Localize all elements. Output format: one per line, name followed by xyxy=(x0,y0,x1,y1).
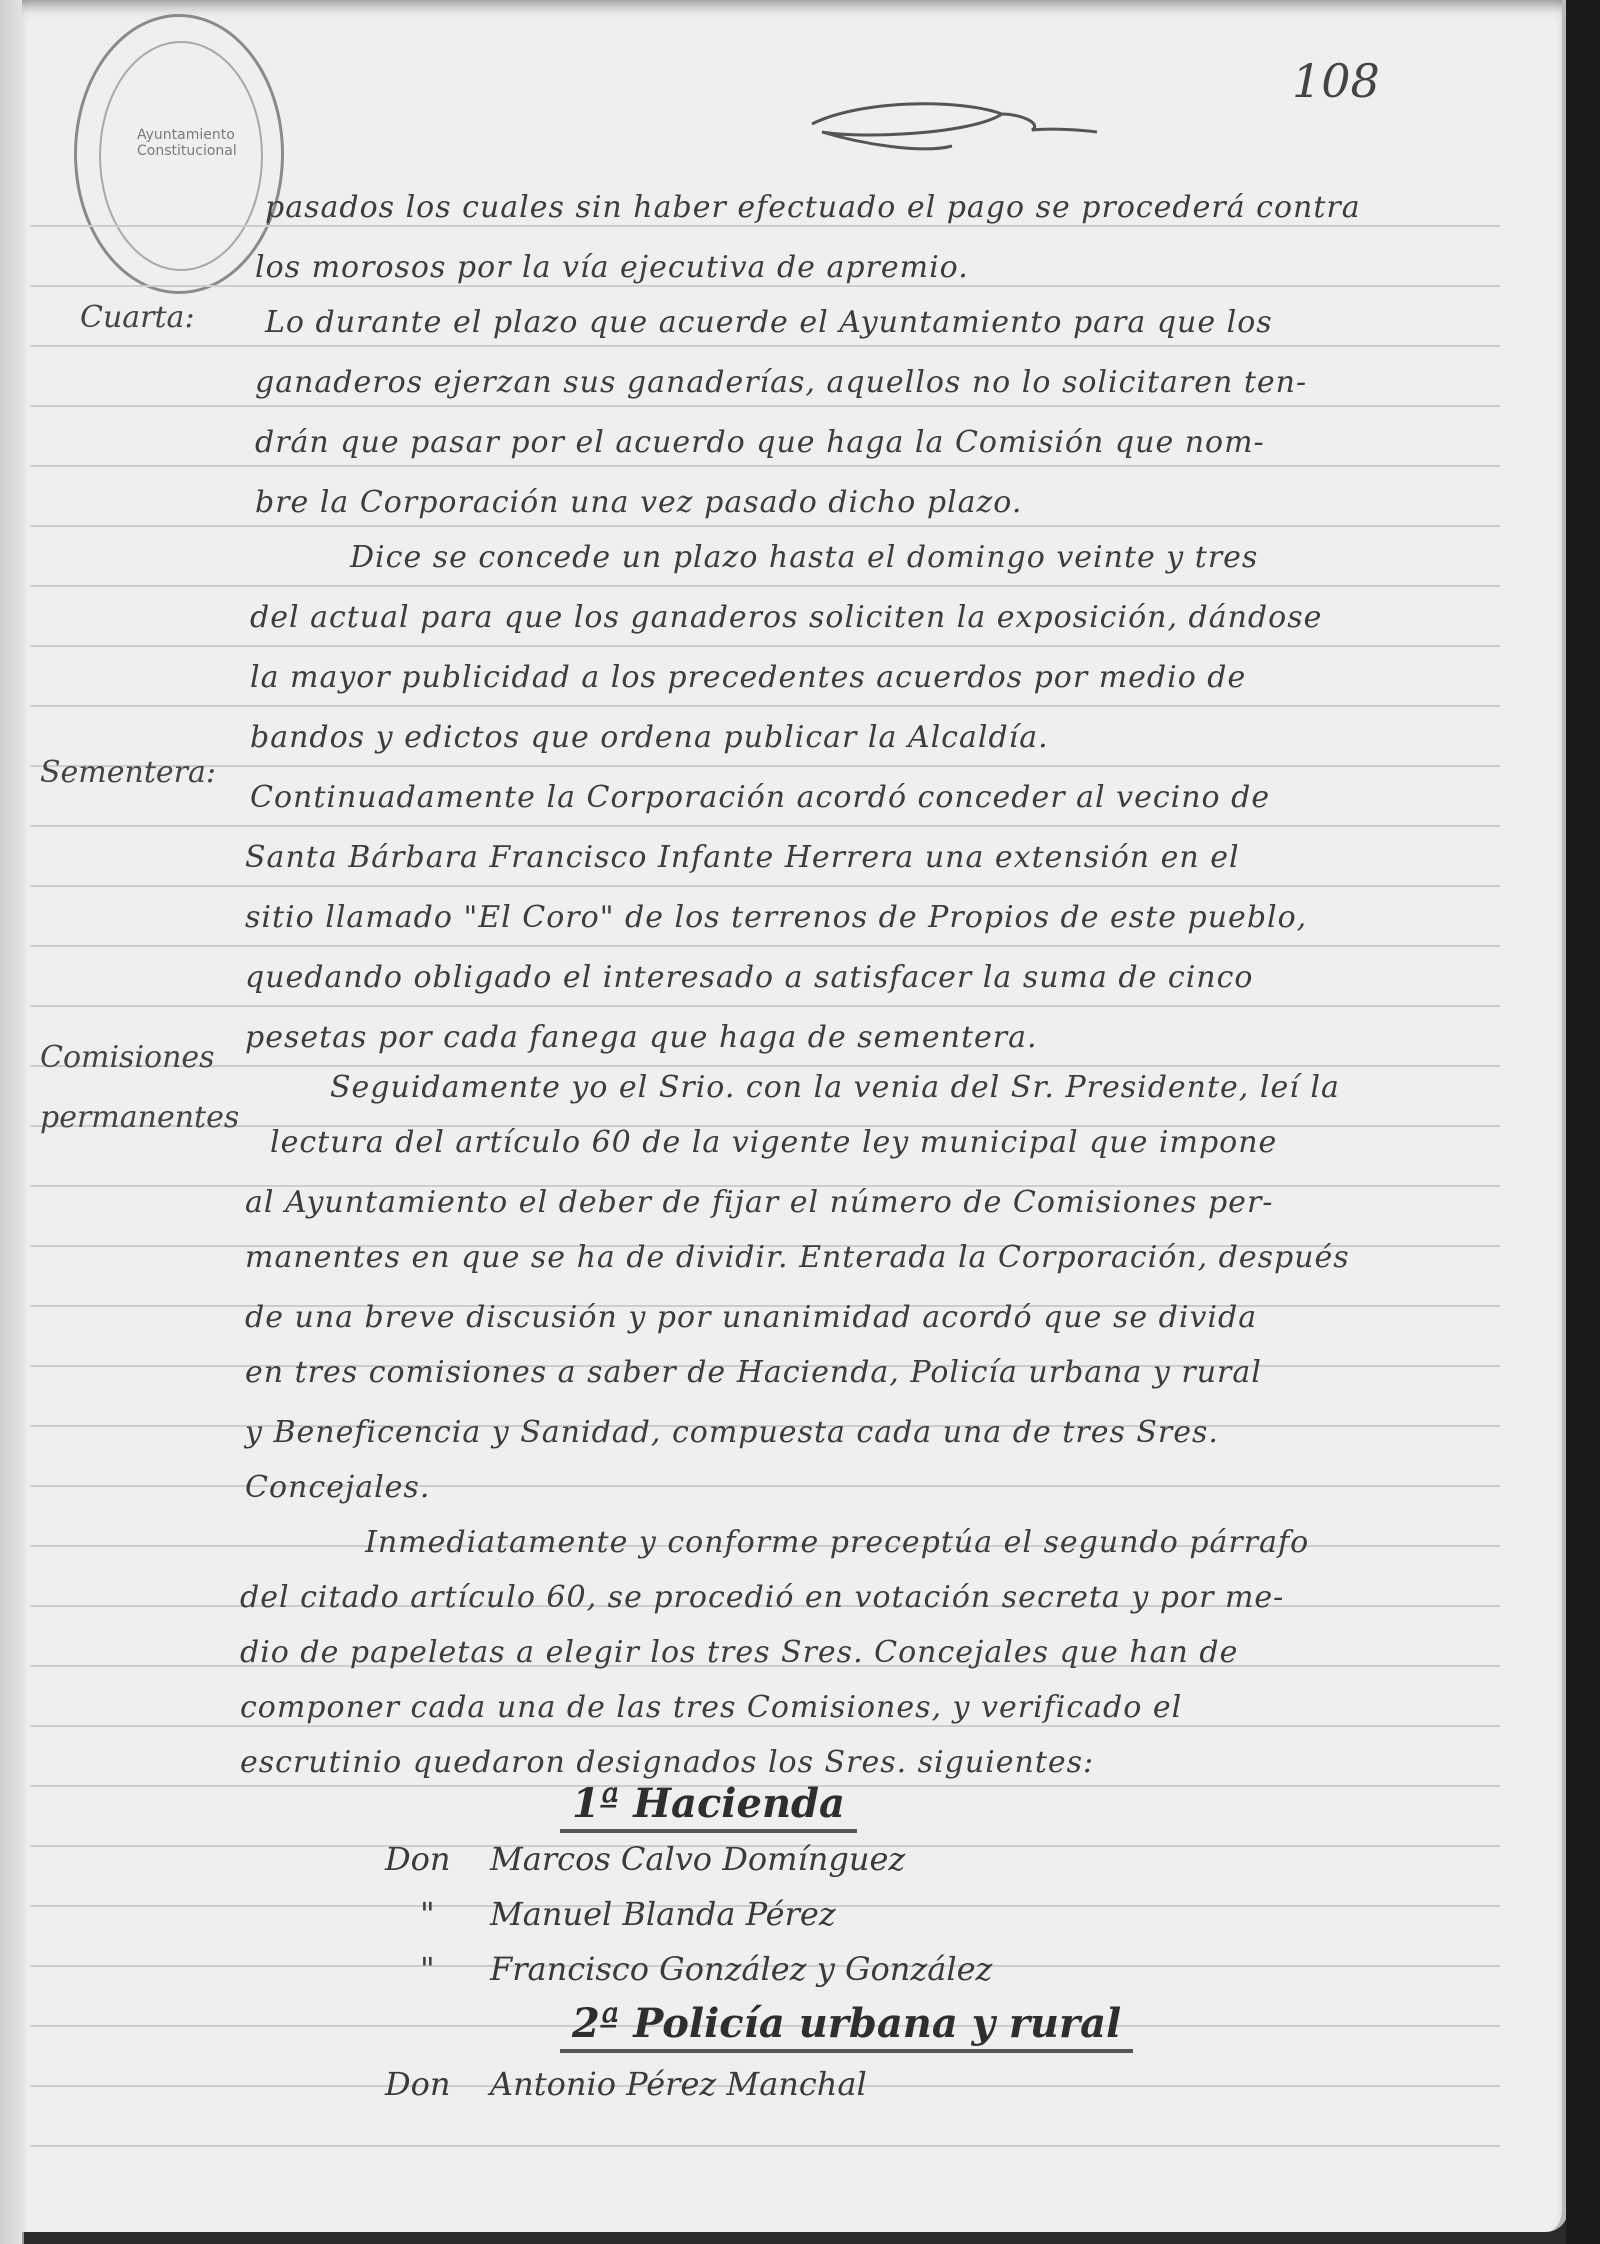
scan-background-edge xyxy=(1566,0,1600,2244)
text-line: Dice se concede un plazo hasta el doming… xyxy=(350,540,1258,575)
text-line: del citado artículo 60, se procedió en v… xyxy=(240,1580,1284,1615)
text-line: Seguidamente yo el Srio. con la venia de… xyxy=(330,1070,1340,1105)
member-name: Francisco González y González xyxy=(490,1950,992,1988)
text-line: de una breve discusión y por unanimidad … xyxy=(245,1300,1257,1335)
margin-label-sementera: Sementera: xyxy=(40,755,216,790)
text-line: los morosos por la vía ejecutiva de apre… xyxy=(255,250,969,285)
commission-heading-hacienda: 1ª Hacienda xyxy=(560,1780,857,1833)
text-line: bre la Corporación una vez pasado dicho … xyxy=(255,485,1022,520)
text-line: Concejales. xyxy=(245,1470,430,1505)
member-name: Antonio Pérez Manchal xyxy=(490,2065,867,2103)
text-line: componer cada una de las tres Comisiones… xyxy=(240,1690,1182,1725)
text-line: pasados los cuales sin haber efectuado e… xyxy=(265,190,1361,225)
seal-label: Ayuntamiento Constitucional xyxy=(137,127,217,159)
text-line: quedando obligado el interesado a satisf… xyxy=(245,960,1253,995)
margin-label-comisiones: Comisiones xyxy=(40,1040,215,1075)
member-prefix: " xyxy=(420,1950,435,1988)
folio-number: 108 xyxy=(1292,54,1380,108)
member-name: Manuel Blanda Pérez xyxy=(490,1895,836,1933)
rubric-flourish-icon xyxy=(802,94,1102,158)
text-line: la mayor publicidad a los precedentes ac… xyxy=(250,660,1246,695)
text-line: Santa Bárbara Francisco Infante Herrera … xyxy=(245,840,1240,875)
member-prefix: Don xyxy=(385,1840,451,1878)
text-line: manentes en que se ha de dividir. Entera… xyxy=(245,1240,1350,1275)
member-name: Marcos Calvo Domínguez xyxy=(490,1840,905,1878)
text-line: ganaderos ejerzan sus ganaderías, aquell… xyxy=(255,365,1307,400)
binding-edge xyxy=(0,0,24,2244)
text-line: sitio llamado "El Coro" de los terrenos … xyxy=(245,900,1307,935)
text-line: escrutinio quedaron designados los Sres.… xyxy=(240,1745,1094,1780)
text-line: Continuadamente la Corporación acordó co… xyxy=(250,780,1270,815)
text-line: pesetas por cada fanega que haga de seme… xyxy=(245,1020,1038,1055)
commission-heading-policia: 2ª Policía urbana y rural xyxy=(560,2000,1133,2053)
member-prefix: " xyxy=(420,1895,435,1933)
text-line: dio de papeletas a elegir los tres Sres.… xyxy=(240,1635,1238,1670)
text-line: drán que pasar por el acuerdo que haga l… xyxy=(255,425,1265,460)
text-line: en tres comisiones a saber de Hacienda, … xyxy=(245,1355,1262,1390)
text-line: al Ayuntamiento el deber de fijar el núm… xyxy=(245,1185,1273,1220)
text-line: lectura del artículo 60 de la vigente le… xyxy=(270,1125,1277,1160)
margin-label-cuarta: Cuarta: xyxy=(80,300,195,335)
margin-label-permanentes: permanentes xyxy=(40,1100,239,1135)
text-line: y Beneficencia y Sanidad, compuesta cada… xyxy=(245,1415,1219,1450)
text-line: bandos y edictos que ordena publicar la … xyxy=(250,720,1049,755)
text-line: del actual para que los ganaderos solici… xyxy=(250,600,1322,635)
text-line: Inmediatamente y conforme preceptúa el s… xyxy=(365,1525,1309,1560)
text-line: Lo durante el plazo que acuerde el Ayunt… xyxy=(265,305,1273,340)
member-prefix: Don xyxy=(385,2065,451,2103)
official-seal-stamp: Ayuntamiento Constitucional xyxy=(74,14,284,294)
